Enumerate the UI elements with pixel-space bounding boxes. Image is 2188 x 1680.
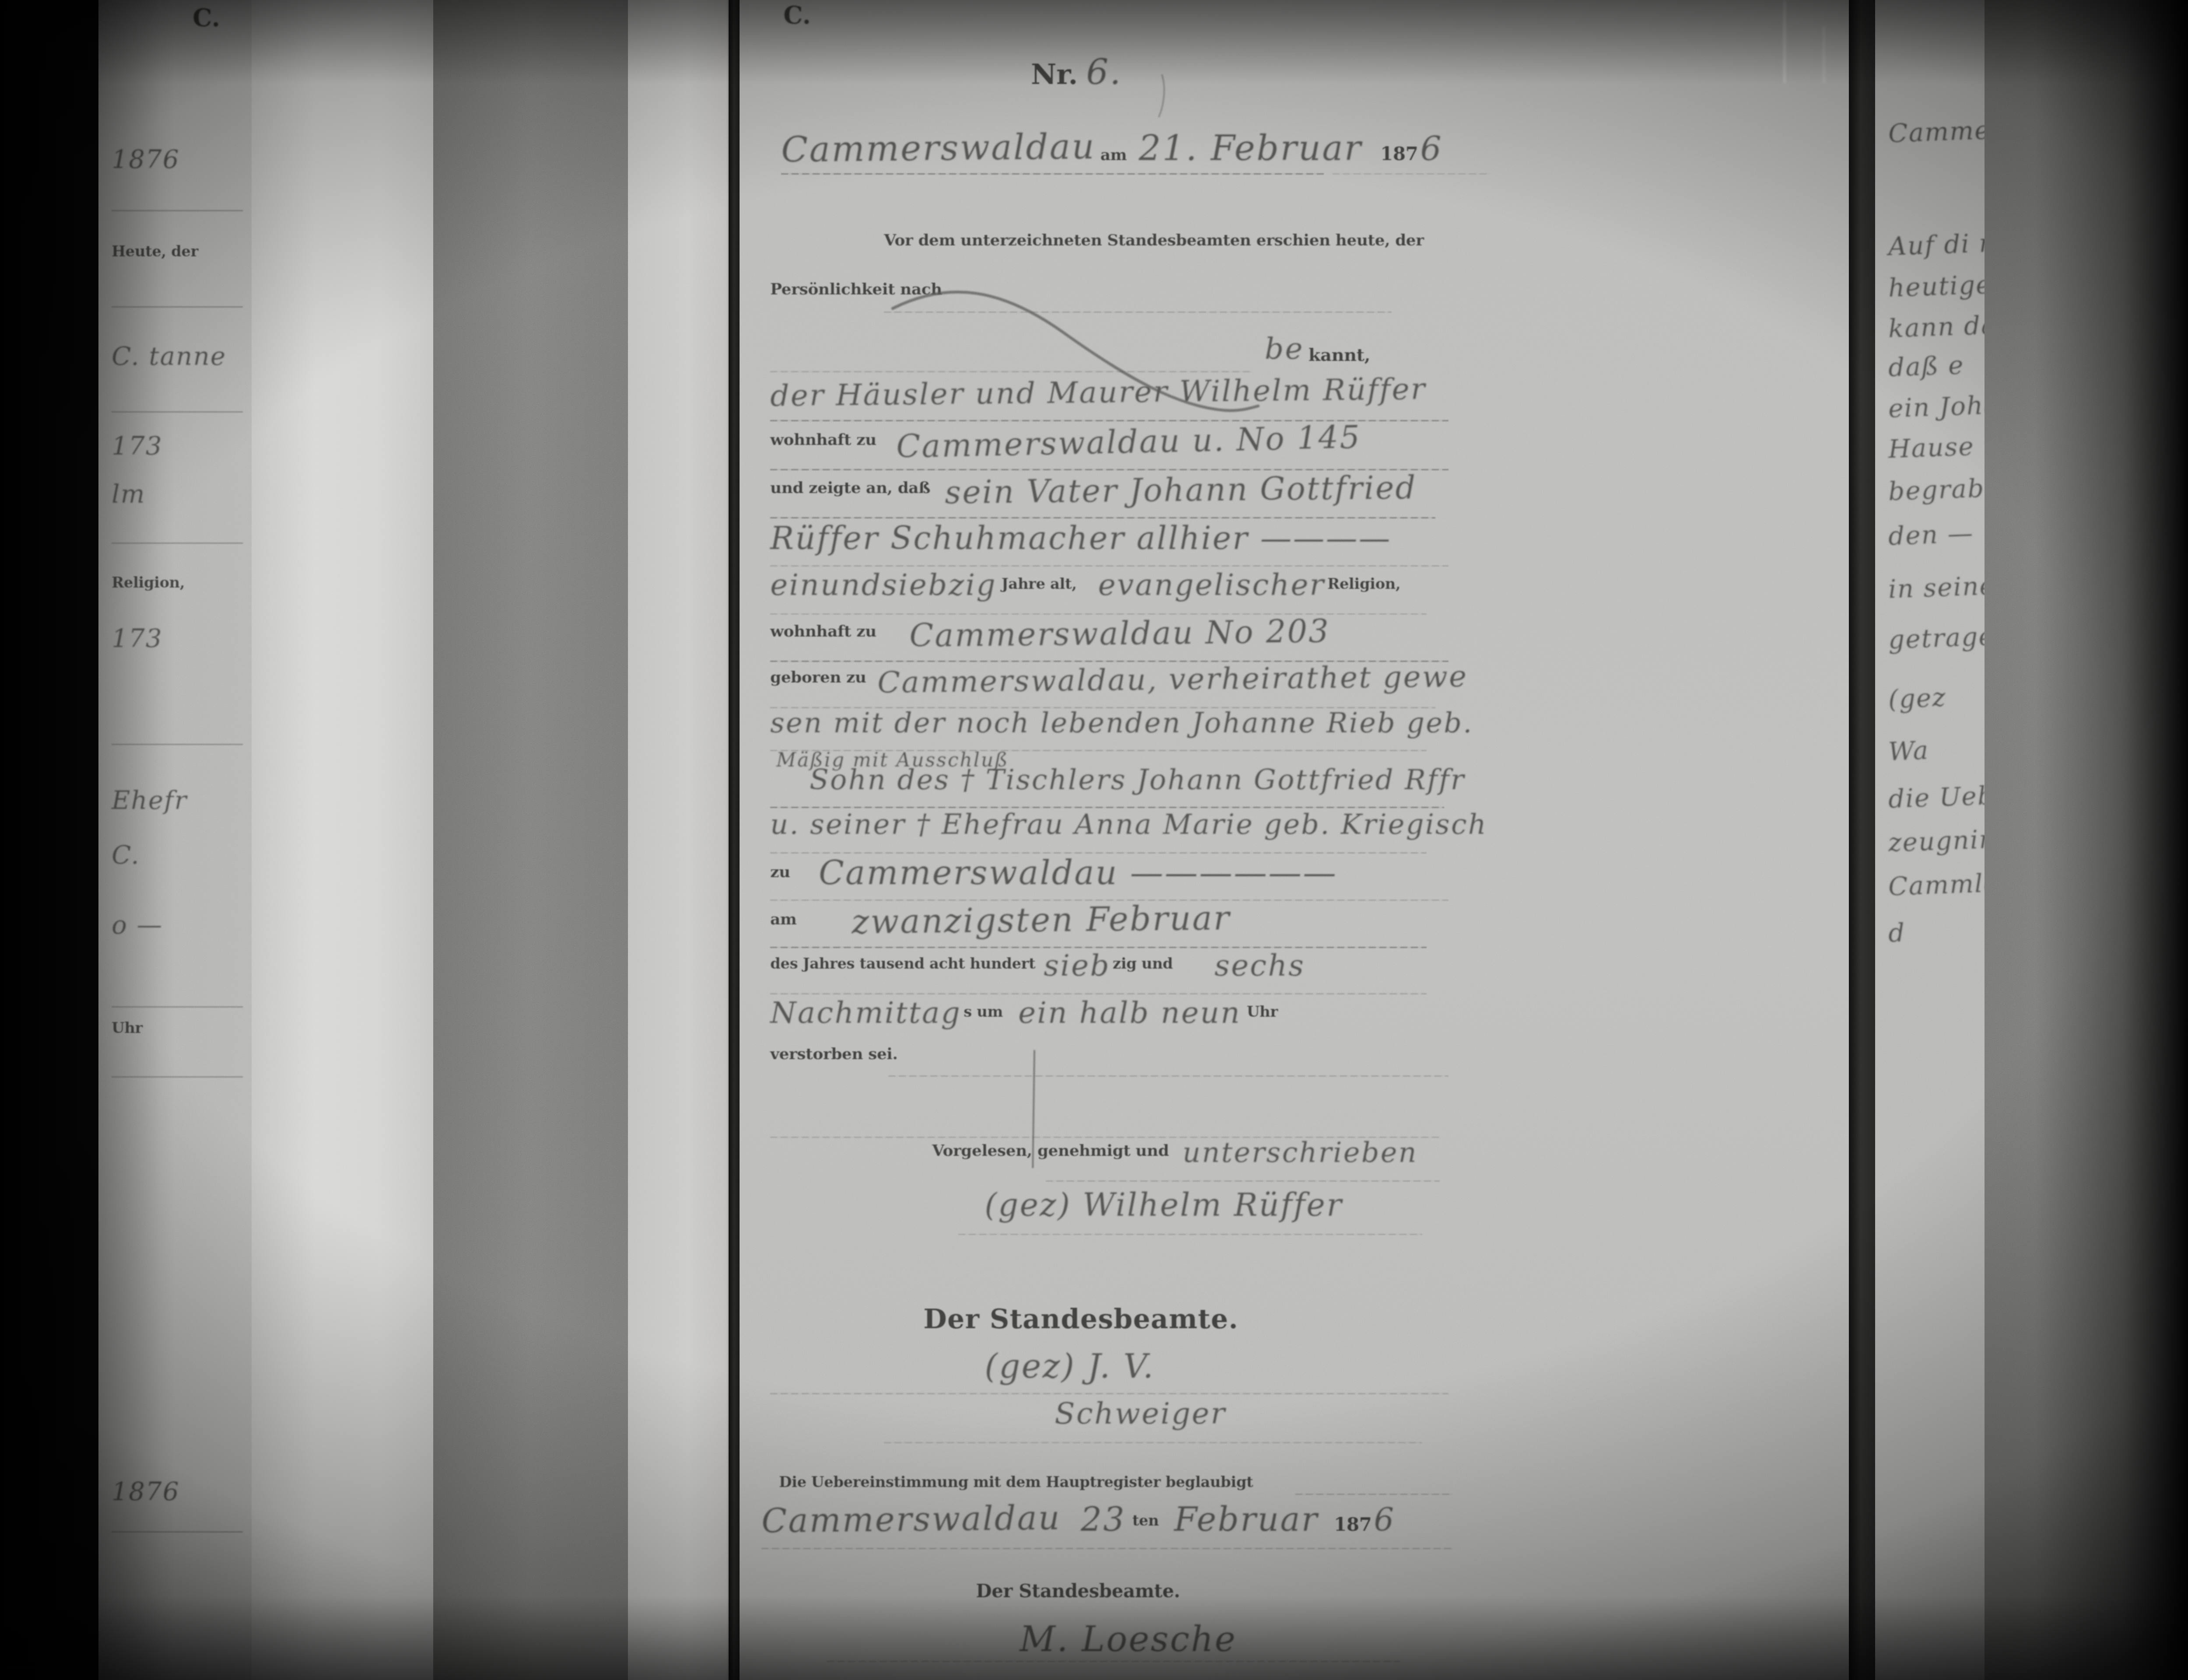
page-corner-letter: C. [783,1,811,30]
death-record-page: C. Nr. 6. Cammerswaldau am 21. Februar 1… [740,0,1849,1680]
fragment-text: getragenen [1888,619,1985,654]
age-handwritten: einundsiebzig [770,568,996,602]
fragment-text: kann daß [1888,309,1985,343]
fragment-text: Cammle [1888,868,1985,902]
left-page-corner-letter: C. [193,3,220,32]
left-fragment-line: lm [112,479,146,509]
year-hand-2: sechs [1214,948,1305,983]
fragment-text: C. tanne [112,341,226,371]
left-fragment-line [112,210,243,211]
film-scratch [1823,26,1825,83]
fragment-text: Uhr [112,1019,143,1037]
cert-year-hand: 6 [1374,1501,1396,1538]
left-fragment-line: 1876 [112,144,180,174]
parents-line-2: u. seiner † Ehefrau Anna Marie geb. Krie… [770,808,1448,857]
fragment-text: 1876 [112,144,180,174]
death-time-line: Nachmittag s um ein halb neun Uhr [770,996,1448,1044]
registrar-heading-text: Der Standesbeamte. [976,1580,1180,1602]
time-printed-2: Uhr [1247,1003,1278,1021]
left-fragment-line: C. [112,840,140,870]
left-fragment-line [112,1006,243,1008]
cert-day: 23 [1081,1500,1126,1539]
ruled-line [884,311,1392,313]
fragment-text: 173 [112,623,163,653]
right-fragment-line: ein Johann [1888,388,1985,423]
religion-printed: Religion, [1327,575,1400,593]
registrar-signature-line-2: Schweiger [1055,1396,1405,1445]
bekannt-handwritten: be [1265,332,1304,366]
persoenlichkeit-line: Persönlichkeit nach [770,280,1448,328]
declarant-line: der Häusler und Maurer Wilhelm Rüffer [770,375,1448,423]
right-fragment-line: den — [1888,518,1974,551]
microfilm-photo: C. 1876Heute, derC. tanne173lmReligion,1… [0,0,2188,1680]
cert-ten-printed: ten [1132,1512,1159,1529]
record-number: Nr. 6. [976,52,1177,100]
declarant-text: der Häusler und Maurer Wilhelm Rüffer [770,372,1427,413]
declarant-signature: (gez) Wilhelm Rüffer [985,1186,1343,1223]
death-place-value: Cammerswaldau —————— [819,853,1338,892]
right-fragment-line: Wa [1888,735,1929,766]
right-fragment-line: Auf di n [1888,228,1985,262]
certification-text: Die Uebereinstimmung mit dem Hauptregist… [779,1473,1253,1491]
ruled-line [770,371,1252,372]
left-fragment-line: 173 [112,623,163,653]
date-line: Cammerswaldau am 21. Februar 187 6 [781,128,1464,176]
right-page-fragment-strip-1: CammerswAuf di nheutigekann daßdaß eein … [1875,0,1985,1680]
fragment-text: Cammersw [1888,113,1985,148]
geboren-value: Cammerswaldau, verheirathet gewe [877,659,1468,700]
fragment-text: (gez [1888,682,1947,714]
fragment-text: o — [112,910,163,940]
certification-date-line: Cammerswaldau 23 ten Februar 187 6 [761,1500,1462,1548]
year-handwritten: 6 [1420,129,1442,168]
verstorben-line: verstorben sei. [770,1045,1448,1093]
ruled-line [1046,1180,1440,1182]
right-fragment-line: (gez [1888,682,1947,714]
fragment-text: heutige [1888,269,1985,303]
parents-text-1: Sohn des † Tischlers Johann Gottfried Rf… [810,764,1465,796]
ruled-line [1295,1494,1453,1495]
ruled-line [770,947,1427,948]
declarant-signature-line: (gez) Wilhelm Rüffer [985,1186,1422,1235]
spouse-line: sen mit der noch lebenden Johanne Rieb g… [770,707,1448,755]
left-fragment-line: C. tanne [112,341,226,371]
cert-place: Cammerswaldau [761,1498,1061,1540]
left-fragment-line [112,306,243,308]
main-page-edge-line [726,0,740,1680]
ruled-line [888,1075,1448,1077]
time-printed-1: s um [964,1003,1003,1021]
fragment-text: daß e [1888,350,1964,382]
registrar-signature-2: Schweiger [1055,1396,1226,1431]
wohnhaft-value: Cammerswaldau No 203 [909,613,1330,654]
registrar-heading-text: Der Standesbeamte. [923,1303,1238,1335]
ruled-line [770,517,1435,518]
ruled-line [761,1548,1453,1549]
intro-text: Vor dem unterzeichneten Standesbeamten e… [884,231,1424,249]
ruled-line [770,807,1444,808]
ruled-line [1332,173,1490,175]
fragment-text: Religion, [112,574,185,591]
page-fold-highlight [252,0,433,1680]
place-handwritten: Cammerswaldau [781,126,1096,170]
left-fragment-line: 1876 [112,1477,180,1506]
parents-line-1: Sohn des † Tischlers Johann Gottfried Rf… [810,764,1448,812]
record-number-label: Nr. [1031,58,1078,91]
background-gap-right [1985,0,2188,1680]
right-fragment-line: die Ueb [1888,780,1985,814]
year-printed-1: des Jahres tausend acht hundert [770,955,1035,973]
right-fragment-line: zeugnin [1888,824,1985,858]
registrar-signature-line-3: M. Loesche [1020,1619,1413,1667]
right-fragment-line: heutige [1888,269,1985,303]
registrar-signature-3: M. Loesche [1020,1619,1237,1659]
vorgelesen-handwritten: unterschrieben [1182,1137,1418,1169]
registrar-signature-1: (gez) J. V. [985,1347,1155,1386]
fragment-text: zeugnin [1888,824,1985,858]
anzeige-label: und zeigte an, daß [770,479,930,497]
main-page-left-margin [628,0,729,1680]
fragment-text: die Ueb [1888,780,1985,814]
fragment-text: Wa [1888,735,1929,766]
death-day-line: am zwanzigsten Februar [770,900,1448,948]
wohnhaft-label: wohnhaft zu [770,622,877,640]
fragment-text: begraben n [1888,471,1985,506]
vorgelesen-printed: Vorgelesen, genehmigt und [932,1141,1169,1160]
year-printed: 187 [1380,143,1418,164]
right-fragment-line: Cammersw [1888,113,1985,148]
year-hand-1: sieb [1044,948,1110,983]
deceased-name-text: Rüffer Schuhmacher allhier ———— [770,520,1392,556]
date-handwritten: 21. Februar [1139,128,1362,168]
year-printed-2: zig und [1113,955,1173,973]
cert-year-printed: 187 [1334,1514,1371,1535]
right-fragment-line: begraben n [1888,471,1985,506]
registrar-heading-2: Der Standesbeamte. [976,1580,1160,1606]
time-hand-1: Nachmittag [770,996,961,1030]
religion-handwritten: evangelischer [1098,568,1325,602]
am-label: am [770,910,796,928]
registrar-signature-line-1: (gez) J. V. [985,1347,1422,1395]
left-fragment-line: Ehefr [112,785,187,815]
right-fragment-line: Hause n [1888,430,1985,464]
wohnhaft-label: wohnhaft zu [770,430,877,449]
zu-label: zu [770,863,790,881]
spouse-text: sen mit der noch lebenden Johanne Rieb g… [770,707,1473,739]
wohnhaft-value: Cammerswaldau u. No 145 [896,419,1361,465]
left-fragment-line: Heute, der [112,243,198,260]
death-year-line: des Jahres tausend acht hundert sieb zig… [770,948,1448,997]
registrar-heading-1: Der Standesbeamte. [915,1303,1247,1351]
death-day-value: zwanzigsten Februar [851,898,1231,941]
birth-marital-line: geboren zu Cammerswaldau, verheirathet g… [770,662,1448,710]
fragment-text: Ehefr [112,785,187,815]
verstorben-text: verstorben sei. [770,1045,898,1063]
left-fragment-line [112,542,243,544]
fragment-text: Hause n [1888,430,1985,464]
right-fragment-line: in seiner [1888,570,1985,604]
vorgelesen-line: Vorgelesen, genehmigt und unterschrieben [932,1137,1457,1185]
right-fragment-line: kann daß [1888,309,1985,343]
residence-line-1: wohnhaft zu Cammerswaldau u. No 145 [770,423,1448,472]
anzeige-value: sein Vater Johann Gottfried [944,469,1417,511]
am-printed: am [1101,146,1127,164]
ruled-line [958,1234,1422,1235]
right-fragment-line: d [1888,917,1906,948]
fragment-text: 1876 [112,1477,180,1506]
bekannt-line: be kannt, [770,327,1448,375]
deceased-name-line: Rüffer Schuhmacher allhier ———— [770,520,1448,568]
right-fragment-line: daß e [1888,350,1964,382]
left-page-fragment-strip: C. 1876Heute, derC. tanne173lmReligion,1… [98,0,252,1680]
fragment-text: 173 [112,431,163,461]
left-fragment-line: Religion, [112,574,185,591]
fragment-text: ein Johann [1888,388,1985,423]
ruled-line [770,1393,1448,1394]
fragment-text: Heute, der [112,243,198,260]
ruled-line [884,1442,1422,1443]
ruled-line [770,993,1427,994]
page-fold-line [1849,0,1875,1680]
death-place-line: zu Cammerswaldau —————— [770,853,1448,901]
age-printed: Jahre alt, [1002,575,1077,593]
right-fragment-line: getragenen [1888,619,1985,654]
age-religion-line: einundsiebzig Jahre alt, evangelischer R… [770,568,1448,616]
left-fragment-line: Uhr [112,1019,143,1037]
ruled-line [781,173,1324,175]
geboren-label: geboren zu [770,668,866,686]
right-fragment-line: Cammle [1888,868,1985,902]
fragment-text: C. [112,840,140,870]
fragment-text: den — [1888,518,1974,551]
left-fragment-line: o — [112,910,163,940]
bekannt-printed: kannt, [1308,345,1370,365]
persoenlichkeit-label: Persönlichkeit nach [770,280,942,298]
residence-line-2: wohnhaft zu Cammerswaldau No 203 [770,615,1448,663]
left-fragment-line [112,1531,243,1533]
ruled-line [827,1661,1400,1662]
left-fragment-line [112,411,243,413]
parents-text-2: u. seiner † Ehefrau Anna Marie geb. Krie… [770,808,1487,841]
left-fragment-line: 173 [112,431,163,461]
time-hand-2: ein halb neun [1018,996,1241,1030]
cert-month: Februar [1174,1500,1318,1539]
left-fragment-line [112,1076,243,1078]
film-scratch [1783,0,1786,83]
declaration-line: und zeigte an, daß sein Vater Johann Got… [770,472,1448,520]
fragment-text: lm [112,479,146,509]
left-fragment-line [112,744,243,745]
record-number-value: 6. [1086,52,1122,92]
fragment-text: Auf di n [1888,228,1985,262]
fragment-text: d [1888,917,1906,948]
fragment-text: in seiner [1888,570,1985,604]
background-gap-left [433,0,628,1680]
ruled-line [770,565,1448,567]
intro-printed-line: Vor dem unterzeichneten Standesbeamten e… [884,231,1370,279]
